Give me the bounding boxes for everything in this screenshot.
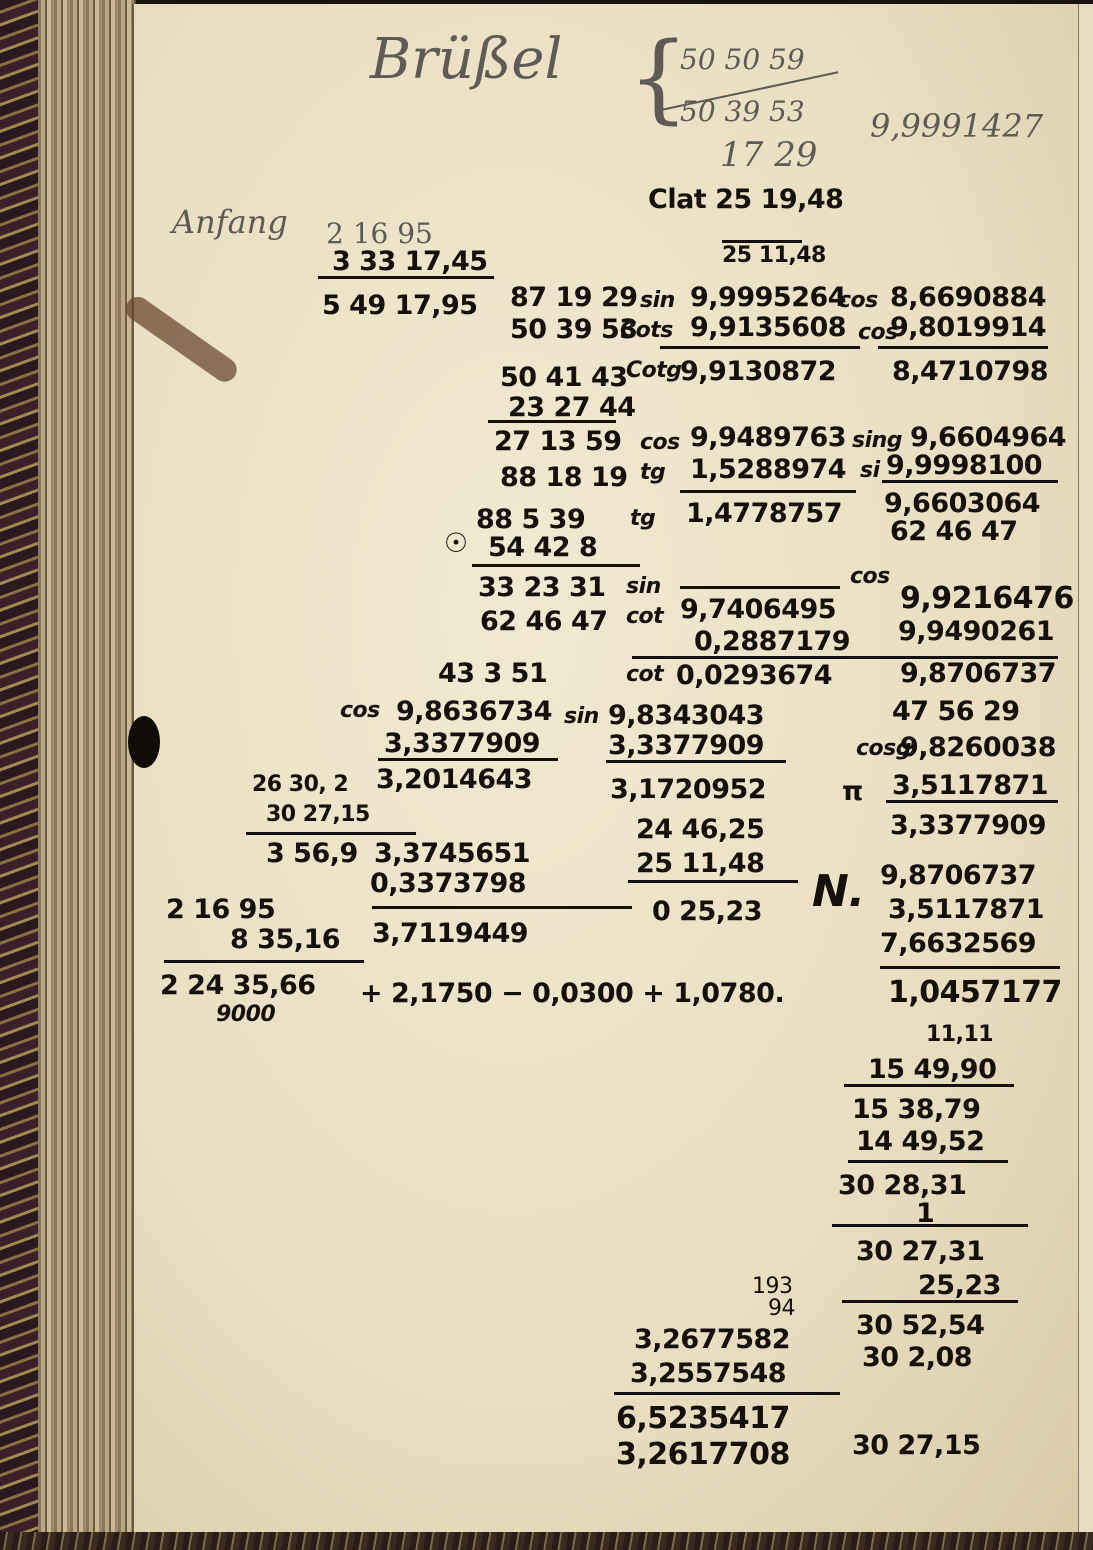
right-res: 3,1720952 <box>610 776 766 803</box>
t3-r2-val: 9,7406495 <box>680 596 836 623</box>
rc-v16: 30 27,15 <box>852 1432 980 1459</box>
rc-v15: 30 2,08 <box>862 1344 972 1371</box>
t2-r3-angle: 88 5 39 <box>476 506 585 533</box>
formula: + 2,1750 − 0,0300 + 1,0780. <box>360 980 784 1007</box>
bottom-rule <box>614 1392 840 1395</box>
t2-rule-b <box>882 480 1058 483</box>
left-angle: 26 30, 2 <box>252 774 348 796</box>
t3-r2-val2: 9,9490261 <box>898 618 1054 645</box>
t2-r2-val2: 9,9998100 <box>886 452 1042 479</box>
t2-rule-a <box>680 490 856 493</box>
t2-r4-val2: 62 46 47 <box>890 518 1018 545</box>
bottom-a: 3,2677582 <box>634 1326 790 1353</box>
rc-v8: 15 38,79 <box>852 1096 980 1123</box>
book-bottom-edge <box>0 1532 1093 1550</box>
lat-line-1: 50 50 59 <box>680 46 805 74</box>
t1-r3-val2: 8,4710798 <box>892 358 1048 385</box>
t1-rule-a <box>660 346 860 349</box>
rc-v11: 1 <box>916 1200 934 1227</box>
scribble: 9000 <box>216 1004 275 1026</box>
t2-rule-c <box>472 564 640 567</box>
cos-val: 9,8636734 <box>396 698 552 725</box>
left-start: 2 16 95 <box>166 896 275 923</box>
t2-r3-val: 1,4778757 <box>686 500 842 527</box>
t3-r3-val: 0,2887179 <box>694 628 850 655</box>
t2-r1-angle: 27 13 59 <box>494 428 622 455</box>
log-value: 9,9991427 <box>870 110 1043 142</box>
t2-r2-angle: 88 18 19 <box>500 464 628 491</box>
place-name: Brüßel <box>370 32 562 88</box>
t3-r2-angle: 62 46 47 <box>480 608 608 635</box>
t2-r1-val: 9,9489763 <box>690 424 846 451</box>
rc-v12: 30 27,31 <box>856 1238 984 1265</box>
t3-r4-val2: 9,8706737 <box>900 660 1056 687</box>
clat-label: Clat 25 19,48 <box>648 186 843 213</box>
t2-r1-val2: 9,6604964 <box>910 424 1066 451</box>
t3-r4-val: 0,0293674 <box>676 662 832 689</box>
carry-a: 193 <box>752 1276 793 1298</box>
rc-rule-c <box>844 1084 1014 1087</box>
page-edges <box>38 0 136 1535</box>
t3: 0 25,23 <box>652 898 762 925</box>
t3-r5-val2: 47 56 29 <box>892 698 1020 725</box>
start-value: 2 16 95 <box>326 220 433 248</box>
sin-label: sin <box>564 706 599 728</box>
lat-line-2: 50 39 53 <box>680 98 805 126</box>
log-d: 0,3373798 <box>370 870 526 897</box>
log-a: 3,3377909 <box>384 730 540 757</box>
lat-line-3: 17 29 <box>720 138 817 172</box>
t2-r4-angle: 54 42 8 <box>488 534 597 561</box>
t2-r1-fn: cos <box>640 432 680 454</box>
cosg-val: 9,8260038 <box>900 734 1056 761</box>
sum-row: 5 49 17,95 <box>322 292 478 319</box>
rc-v13: 25,23 <box>918 1272 1001 1299</box>
n-label: N. <box>812 870 865 914</box>
rc-rule-e <box>832 1224 1028 1227</box>
rc-v7: 15 49,90 <box>868 1056 996 1083</box>
log-c: 3,3745651 <box>374 840 530 867</box>
t1-r1-val2: 8,6690884 <box>890 284 1046 311</box>
mid-rule-a <box>378 758 558 761</box>
rc-v3: 3,5117871 <box>888 896 1044 923</box>
sin-val: 9,8343043 <box>608 702 764 729</box>
log-b: 3,3377909 <box>608 732 764 759</box>
rc-v6: 11,11 <box>926 1024 993 1046</box>
t1-r2-val2: 9,8019914 <box>890 314 1046 341</box>
t3-r1-val2: 9,9216476 <box>900 584 1074 614</box>
sub1: 30 27,15 <box>266 804 370 826</box>
rc-v4: 7,6632569 <box>880 930 1036 957</box>
t1-r3-fn: Cotg <box>626 360 682 382</box>
t1-r3-val: 9,9130872 <box>680 358 836 385</box>
facing-page-edge <box>1078 4 1093 1532</box>
t3-r4-fn: cot <box>626 664 663 686</box>
t1-r1-val: 9,9995264 <box>690 284 846 311</box>
t2: 25 11,48 <box>636 850 764 877</box>
t1-rule-c <box>488 420 616 423</box>
t1-r3-angle: 50 41 43 <box>500 364 628 391</box>
t2-r2-fn: tg <box>640 462 665 484</box>
rc-v1: 3,3377909 <box>890 812 1046 839</box>
mid-rule-e <box>372 906 632 909</box>
rc-rule-b <box>880 966 1060 969</box>
t1-r1-angle: 87 19 29 <box>510 284 638 311</box>
t3-r4-angle: 43 3 51 <box>438 660 547 687</box>
strikethrough <box>680 586 840 589</box>
mid-rule-d <box>628 880 798 883</box>
t3-r1-angle: 33 23 31 <box>478 574 606 601</box>
t2-r1-fn2: sing <box>852 430 902 452</box>
t3-r1-fn2: cos <box>850 566 890 588</box>
final: 2 24 35,66 <box>160 972 316 999</box>
sun-symbol-icon: ☉ <box>444 530 468 557</box>
t1-r2-fn: Cots <box>620 320 673 342</box>
rc-v9: 14 49,52 <box>856 1128 984 1155</box>
mid-rule-c <box>246 832 416 835</box>
diff: 3 56,9 <box>266 840 358 867</box>
t3-r1-fn: sin <box>626 576 661 598</box>
mid-rule-b <box>606 760 786 763</box>
book-binding <box>0 0 40 1550</box>
t1-r2-val: 9,9135608 <box>690 314 846 341</box>
rc-rule-a <box>886 800 1058 803</box>
t1-r1-fn2: cos <box>838 290 878 312</box>
rc-v10: 30 28,31 <box>838 1172 966 1199</box>
rc-v5: 1,0457177 <box>888 978 1062 1008</box>
t1-r2-angle: 50 39 53 <box>510 316 638 343</box>
left-res: 3,2014643 <box>376 766 532 793</box>
bottom-half: 3,2617708 <box>616 1440 790 1470</box>
carry-b: 94 <box>768 1298 795 1320</box>
t3-r2-fn: cot <box>626 606 663 628</box>
bottom-sum: 6,5235417 <box>616 1404 790 1434</box>
log-e: 3,7119449 <box>372 920 528 947</box>
t2-r2-val: 1,5288974 <box>690 456 846 483</box>
start-label: Anfang <box>172 206 288 238</box>
add-row: 3 33 17,45 <box>332 248 488 275</box>
pi-label: π <box>842 778 863 805</box>
t2-r2-fn2: si <box>860 460 880 482</box>
t1-r1-fn: sin <box>640 290 675 312</box>
rc-v14: 30 52,54 <box>856 1312 984 1339</box>
t1-rule-b <box>878 346 1048 349</box>
t2-r3-val2: 9,6603064 <box>884 490 1040 517</box>
sum-rule <box>318 276 494 279</box>
t1: 24 46,25 <box>636 816 764 843</box>
ink-blot <box>128 716 160 768</box>
left-add: 8 35,16 <box>230 926 340 953</box>
clat-sub: 25 11,48 <box>722 245 826 267</box>
t1-r4-angle: 23 27 44 <box>508 394 636 421</box>
bottom-b: 3,2557548 <box>630 1360 786 1387</box>
rc-rule-f <box>842 1300 1018 1303</box>
mid-rule-f <box>164 960 364 963</box>
rc-v2: 9,8706737 <box>880 862 1036 889</box>
cos-label: cos <box>340 700 380 722</box>
pi-val: 3,5117871 <box>892 772 1048 799</box>
t2-r3-fn: tg <box>630 508 655 530</box>
rc-rule-d <box>848 1160 1008 1163</box>
